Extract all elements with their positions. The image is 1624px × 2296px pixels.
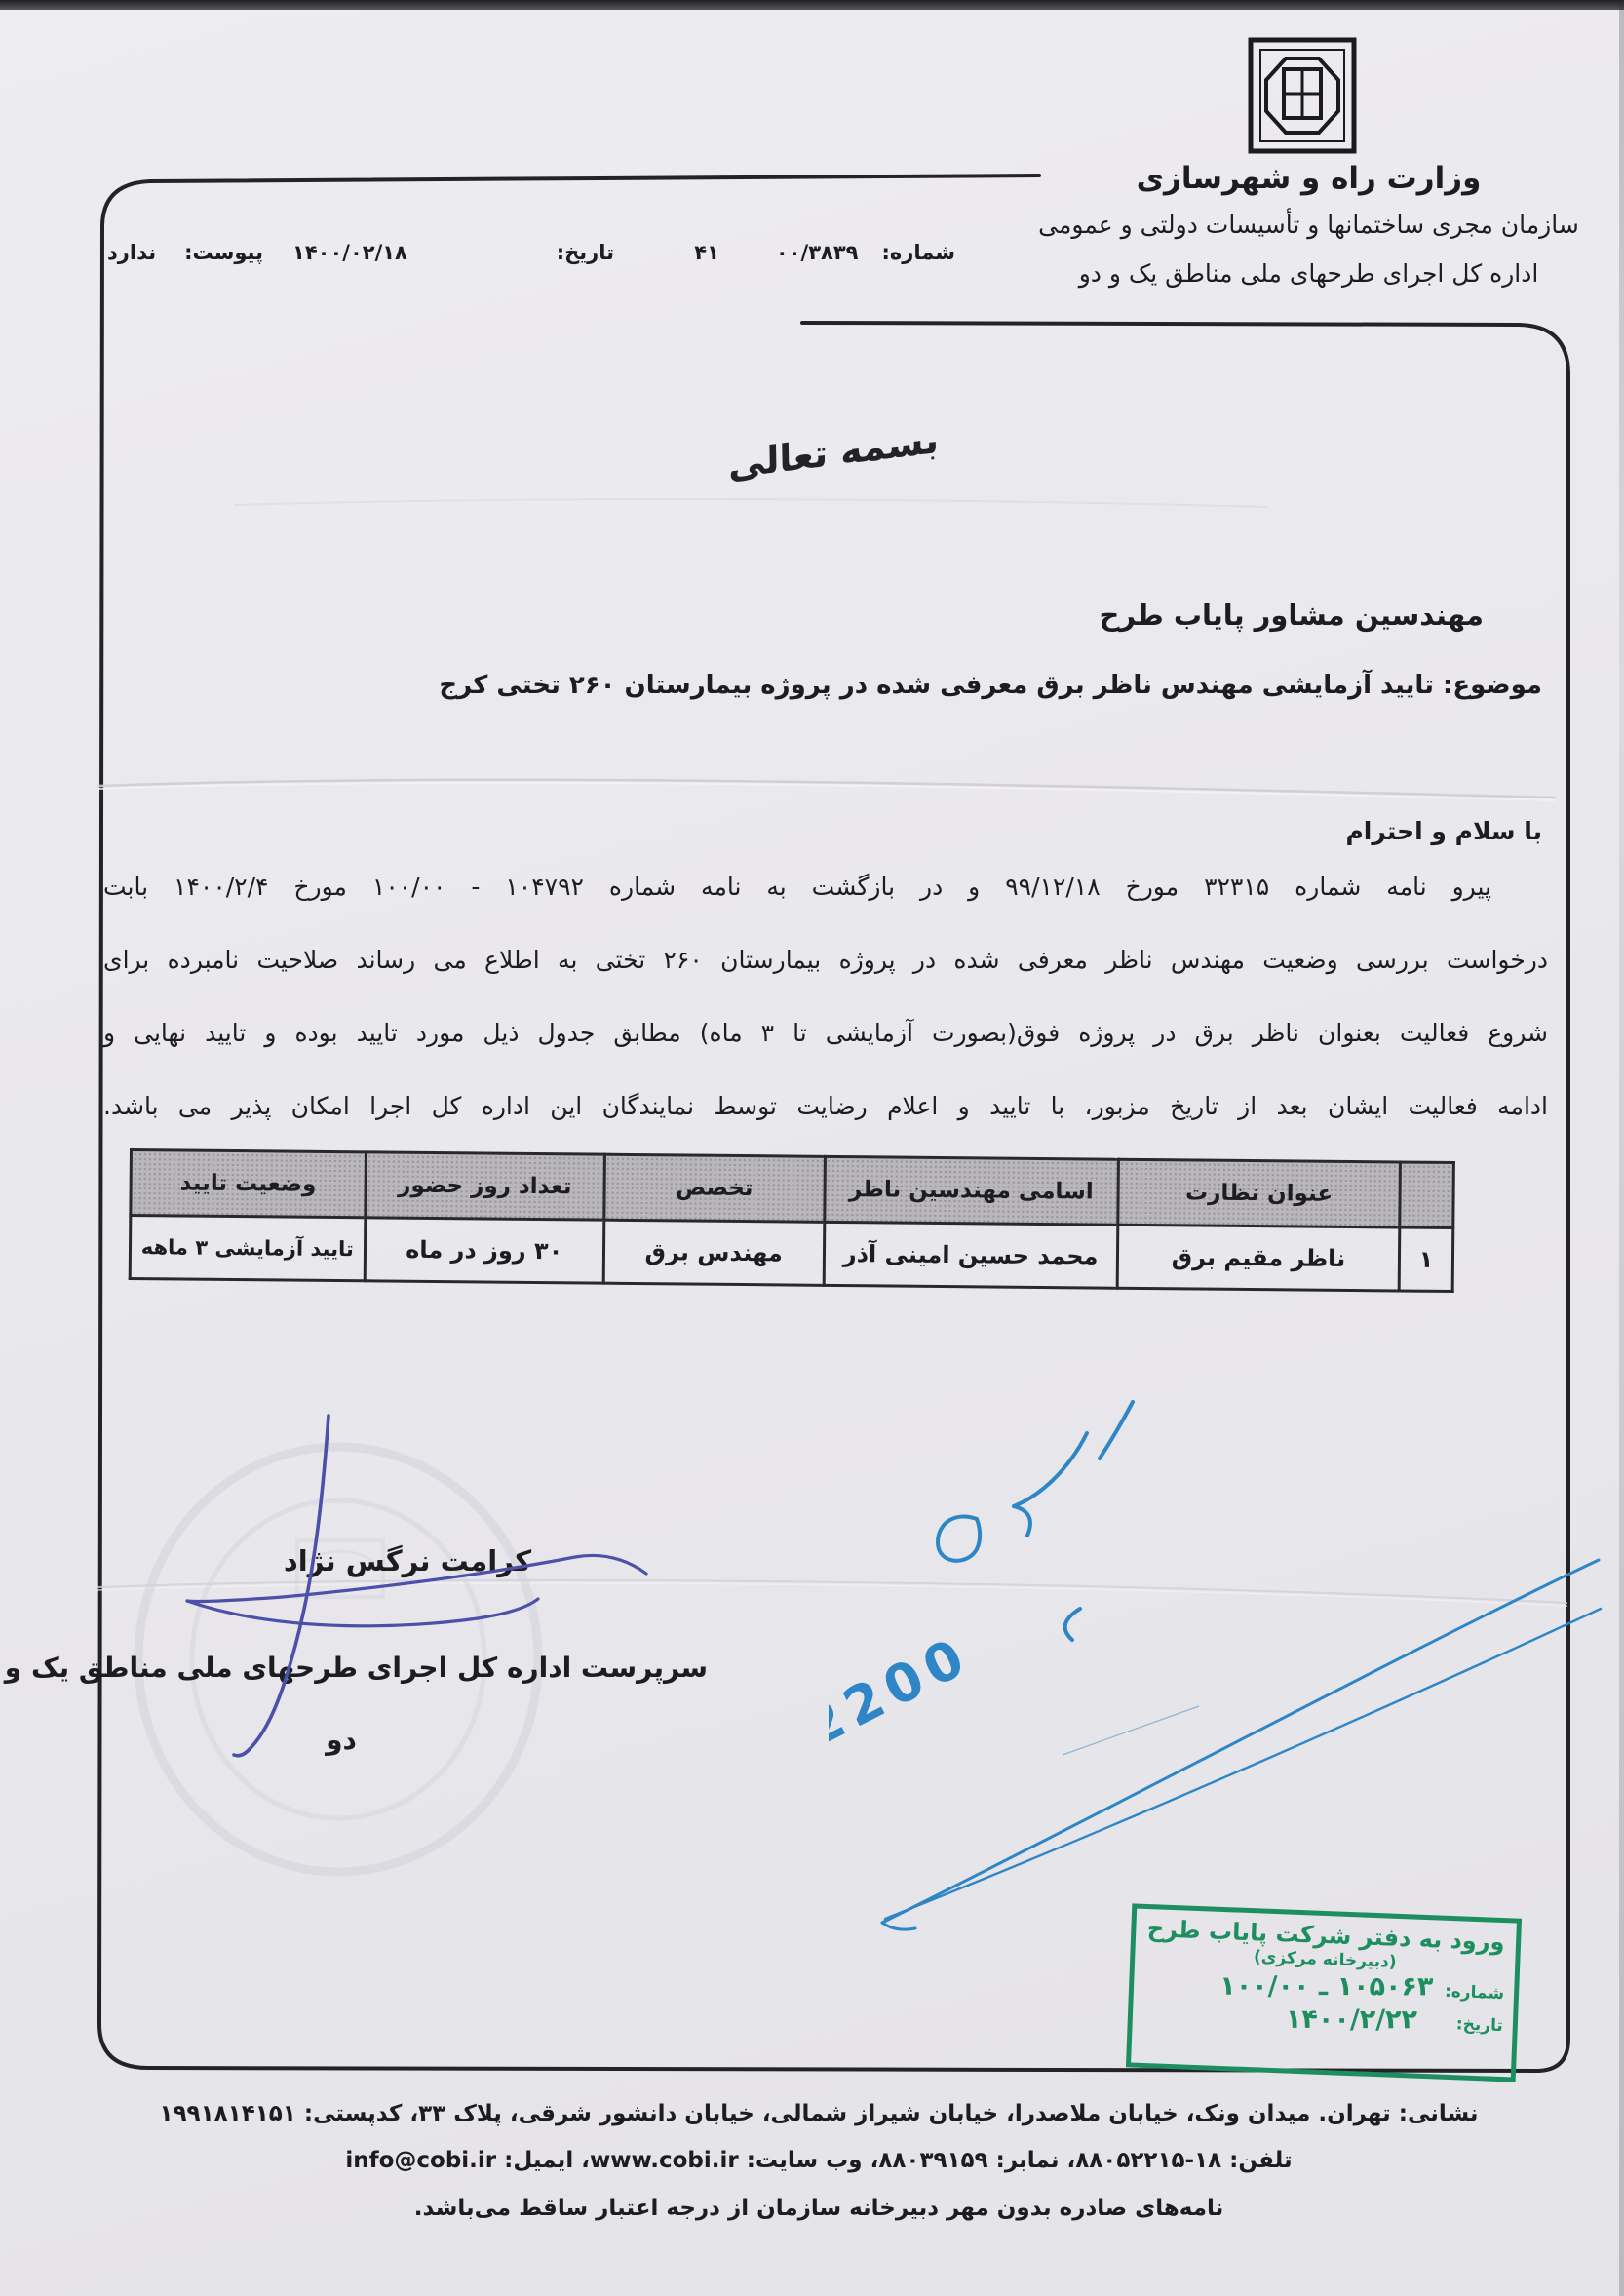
ministry-name: وزارت راه و شهرسازی — [1004, 156, 1613, 201]
recipient-line: مهندسین مشاور پایاب طرح — [88, 599, 1567, 632]
org-name-line2: اداره کل اجرای طرحهای ملی مناطق یک و دو — [1004, 250, 1613, 298]
stamp-number-label: شماره: — [1445, 1981, 1505, 2003]
letter-number-value: ۰۰/۳۸۳۹ — [776, 241, 859, 264]
body-line-2: درخواست بررسی وضعیت مهندس ناظر معرفی شده… — [103, 946, 1548, 974]
body-line-3: شروع فعالیت بعنوان ناظر برق در پروژه فوق… — [103, 1019, 1548, 1047]
col-header-specialty: تخصص — [604, 1154, 825, 1222]
org-name-line1: سازمان مجری ساختمانها و تأسیسات دولتی و … — [1004, 201, 1613, 250]
supervisor-approval-table: عنوان نظارت اسامی مهندسین ناظر تخصص تعدا… — [129, 1148, 1455, 1293]
handwritten-number: 22200 — [829, 1623, 981, 1779]
col-header-days-present: تعداد روز حضور — [365, 1152, 604, 1220]
stamp-date-label: تاریخ: — [1455, 2014, 1503, 2036]
col-header-supervision-title: عنوان نظارت — [1118, 1159, 1401, 1227]
col-header-engineer-names: اسامی مهندسین ناظر — [824, 1156, 1118, 1225]
attachment-field: پیوست: ندارد — [107, 241, 263, 264]
letter-number-label: شماره: — [882, 241, 956, 264]
col-header-approval-status: وضعیت تایید — [131, 1150, 366, 1218]
body-line-1-text: پیرو نامه شماره ۳۲۳۱۵ مورخ ۹۹/۱۲/۱۸ و در… — [103, 873, 1548, 901]
cell-days-present: ۳۰ روز در ماه — [365, 1218, 604, 1283]
footer-validity-note: نامه‌های صادره بدون مهر دبیرخانه سازمان … — [58, 2196, 1579, 2221]
cell-approval-status: تایید آزمایشی ۳ ماهه — [130, 1216, 365, 1281]
stamp-number-value: ۱۰۵۰۶۳ ـ ۱۰۰/۰۰ — [1219, 1971, 1433, 2003]
stamp-date-value: ۱۴۰۰/۲/۲۲ — [1286, 2004, 1417, 2035]
cell-engineer-name: محمد حسین امینی آذر — [824, 1222, 1118, 1288]
body-line-4: ادامه فعالیت ایشان بعد از تاریخ مزبور، ب… — [103, 1092, 1548, 1120]
pen-signature — [146, 1394, 692, 1784]
letter-date-field: تاریخ: ۱۴۰۰/۰۲/۱۸ — [292, 241, 614, 264]
letter-date-label: تاریخ: — [557, 241, 614, 264]
cell-specialty: مهندس برق — [603, 1220, 824, 1285]
footer-address: نشانی: تهران. میدان ونک، خیابان ملاصدرا،… — [58, 2101, 1579, 2126]
salutation-line: با سلام و احترام — [88, 817, 1571, 845]
letter-number-prefix: ۴۱ — [694, 241, 719, 264]
footer-contact: تلفن: ۱۸-۸۸۰۵۲۲۱۵، نمابر: ۸۸۰۳۹۱۵۹، وب س… — [58, 2148, 1579, 2173]
scanned-letter-page: وزارت راه و شهرسازی سازمان مجری ساختمانه… — [0, 0, 1624, 2296]
cell-row-number: ۱ — [1399, 1227, 1452, 1292]
table-row: ۱ ناظر مقیم برق محمد حسین امینی آذر مهند… — [130, 1216, 1453, 1292]
letter-number-field: شماره: ۰۰/۳۸۳۹ ۴۱ — [599, 241, 955, 264]
col-header-row-number — [1400, 1162, 1454, 1228]
cell-supervision-title: ناظر مقیم برق — [1117, 1225, 1400, 1291]
attachment-label: پیوست: — [184, 241, 263, 264]
letter-date-value: ۱۴۰۰/۰۲/۱۸ — [292, 241, 407, 264]
attachment-value: ندارد — [107, 241, 156, 264]
company-entry-stamp: ورود به دفتر شرکت پایاب طرح (دبیرخانه مر… — [1126, 1903, 1522, 2082]
letterhead-org-block: وزارت راه و شهرسازی سازمان مجری ساختمانه… — [1004, 156, 1613, 298]
ministry-logo-icon — [1248, 37, 1357, 154]
subject-line: موضوع: تایید آزمایشی مهندس ناظر برق معرف… — [88, 671, 1569, 700]
handwritten-note: 22200 — [829, 1365, 1624, 1950]
body-line-1: پیرو نامه شماره ۳۲۳۱۵ مورخ ۹۹/۱۲/۱۸ و در… — [103, 873, 1548, 901]
